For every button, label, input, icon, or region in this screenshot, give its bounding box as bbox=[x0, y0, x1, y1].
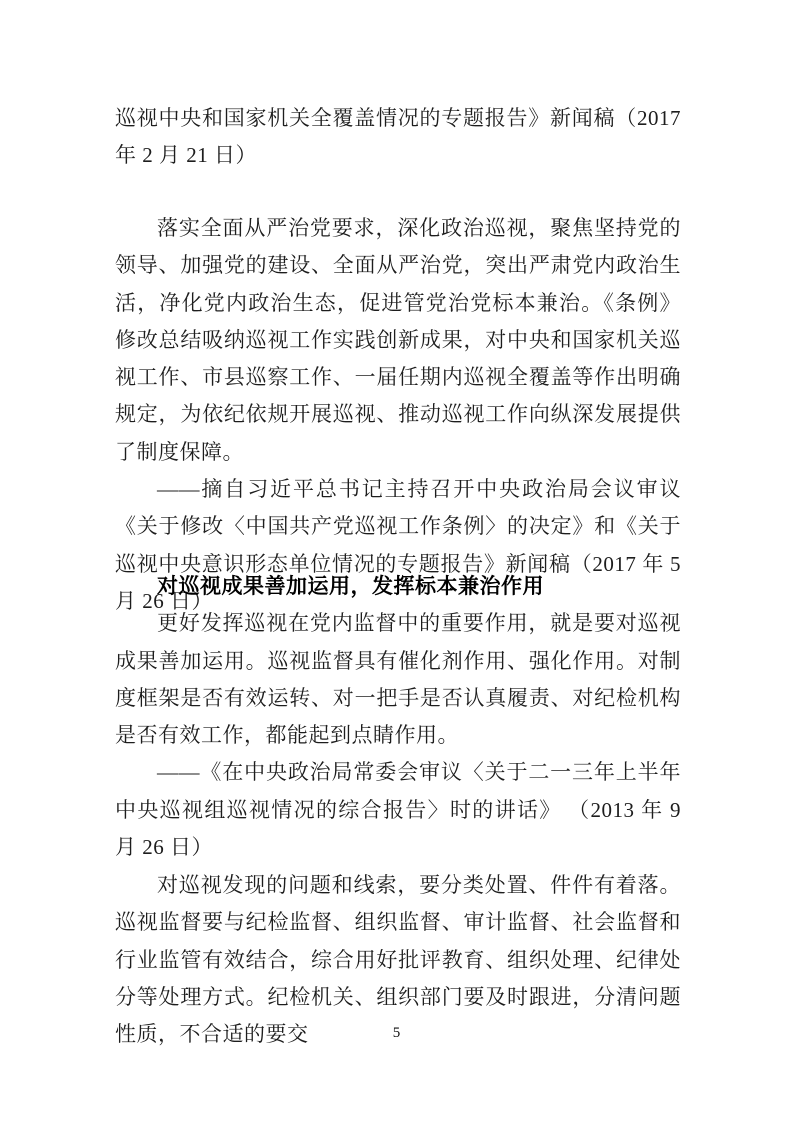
body-paragraph: 更好发挥巡视在党内监督中的重要作用，就是要对巡视成果善加运用。巡视监督具有催化剂… bbox=[115, 605, 681, 754]
continuation-paragraph: 巡视中央和国家机关全覆盖情况的专题报告》新闻稿（2017 年 2 月 21 日） bbox=[115, 100, 681, 175]
section-heading: 对巡视成果善加运用，发挥标本兼治作用 bbox=[115, 568, 681, 605]
continuation-block: 巡视中央和国家机关全覆盖情况的专题报告》新闻稿（2017 年 2 月 21 日） bbox=[115, 100, 681, 175]
section-quote-2: 对巡视成果善加运用，发挥标本兼治作用 更好发挥巡视在党内监督中的重要作用，就是要… bbox=[115, 568, 681, 866]
body-paragraph: 落实全面从严治党要求，深化政治巡视，聚焦坚持党的领导、加强党的建设、全面从严治党… bbox=[115, 210, 681, 471]
citation-line: ——《在中央政治局常委会审议〈关于二一三年上半年中央巡视组巡视情况的综合报告〉时… bbox=[115, 754, 681, 866]
document-page: 巡视中央和国家机关全覆盖情况的专题报告》新闻稿（2017 年 2 月 21 日）… bbox=[0, 0, 793, 1122]
page-number: 5 bbox=[0, 1024, 793, 1042]
section-quote-1: 落实全面从严治党要求，深化政治巡视，聚焦坚持党的领导、加强党的建设、全面从严治党… bbox=[115, 210, 681, 620]
